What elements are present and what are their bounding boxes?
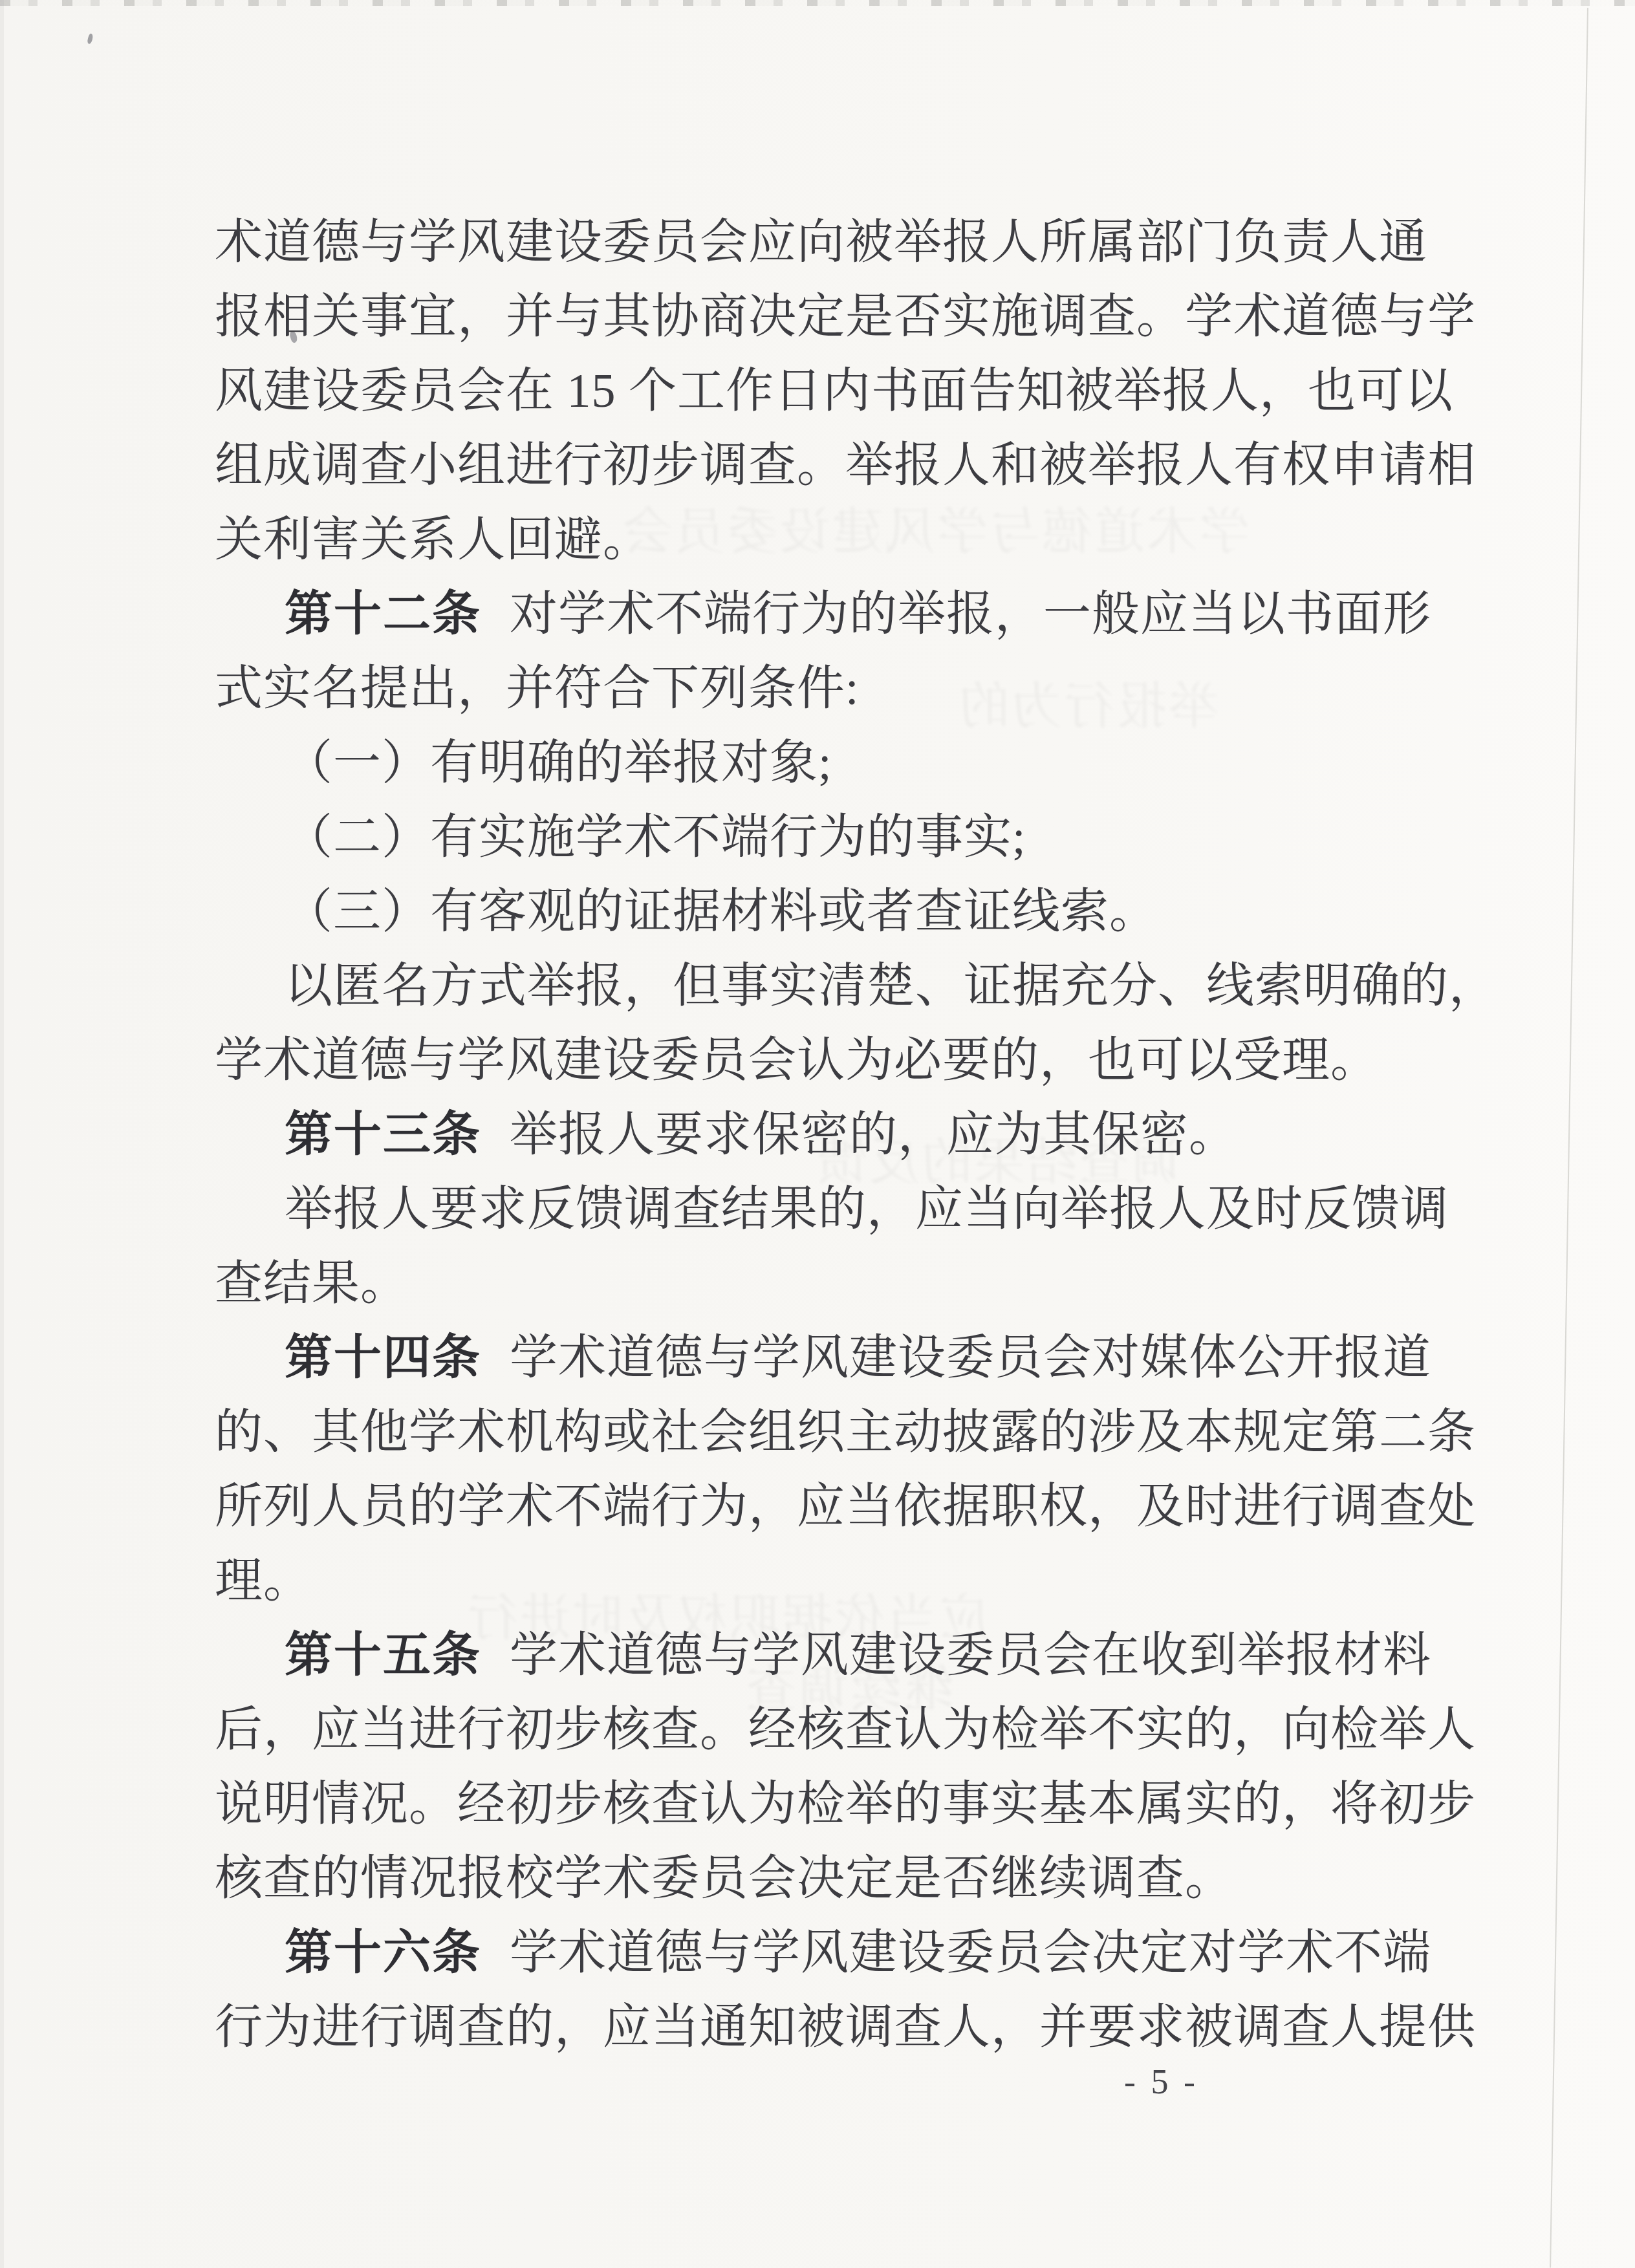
text-line: 所列人员的学术不端行为，应当依据职权，及时进行调查处 [215,1470,1418,1544]
article-number-heading: 第十四条 [285,1332,481,1385]
text-line: 核查的情况报校学术委员会决定是否继续调查。 [215,1842,1418,1916]
article-heading-line: 第十五条学术道德与学风建设委员会在收到举报材料 [215,1619,1418,1693]
article-number-heading: 第十六条 [285,1927,481,1980]
text-line: 报相关事宜，并与其协商决定是否实施调查。学术道德与学 [215,280,1418,354]
text-line: 组成调查小组进行初步调查。举报人和被举报人有权申请相 [215,429,1418,503]
article-number-heading: 第十二条 [285,588,481,641]
paper-crease-line [1550,8,1588,2268]
article-number-heading: 第十五条 [285,1629,481,1682]
article-line-text: 对学术不端行为的举报，一般应当以书面形 [510,588,1431,641]
article-line-text: 学术道德与学风建设委员会决定对学术不端 [510,1927,1431,1980]
text-line: 术道德与学风建设委员会应向被举报人所属部门负责人通 [215,206,1418,280]
text-line: 风建设委员会在 15 个工作日内书面告知被举报人，也可以 [215,354,1418,429]
text-line: 行为进行调查的，应当通知被调查人，并要求被调查人提供 [215,1991,1418,2065]
text-line: （三）有客观的证据材料或者查证线索。 [215,875,1418,949]
article-number-heading: 第十三条 [285,1108,481,1161]
article-line-text: 学术道德与学风建设委员会对媒体公开报道 [510,1332,1431,1385]
page-left-edge-shadow [0,0,4,2268]
article-heading-line: 第十四条学术道德与学风建设委员会对媒体公开报道 [215,1321,1418,1396]
document-page: 学术道德与学风建设委员会 举报行为的 调查结果的反馈 应当依据职权及时进行 继续… [0,0,1635,2268]
article-heading-line: 第十三条举报人要求保密的，应为其保密。 [215,1098,1418,1172]
document-body-text: 术道德与学风建设委员会应向被举报人所属部门负责人通报相关事宜，并与其协商决定是否… [215,206,1418,2065]
text-line: 举报人要求反馈调查结果的，应当向举报人及时反馈调 [215,1172,1418,1247]
text-line: （一）有明确的举报对象; [215,726,1418,801]
text-line: 式实名提出，并符合下列条件: [215,652,1418,726]
scan-noise-strip [0,0,1635,6]
text-line: 说明情况。经初步核查认为检举的事实基本属实的，将初步 [215,1767,1418,1842]
page-number: - 5 - [1124,2062,1198,2102]
text-line: （二）有实施学术不端行为的事实; [215,801,1418,875]
article-line-text: 学术道德与学风建设委员会在收到举报材料 [510,1629,1431,1682]
text-line: 关利害关系人回避。 [215,503,1418,578]
text-line: 以匿名方式举报，但事实清楚、证据充分、线索明确的， [215,949,1418,1024]
text-line: 后，应当进行初步核查。经核查认为检举不实的，向检举人 [215,1693,1418,1767]
text-line: 理。 [215,1544,1418,1619]
article-heading-line: 第十六条学术道德与学风建设委员会决定对学术不端 [215,1916,1418,1991]
article-heading-line: 第十二条对学术不端行为的举报，一般应当以书面形 [215,578,1418,652]
article-line-text: 举报人要求保密的，应为其保密。 [510,1108,1237,1161]
text-line: 的、其他学术机构或社会组织主动披露的涉及本规定第二条 [215,1396,1418,1470]
text-line: 学术道德与学风建设委员会认为必要的，也可以受理。 [215,1024,1418,1098]
text-line: 查结果。 [215,1247,1418,1321]
scan-speck [87,33,94,44]
